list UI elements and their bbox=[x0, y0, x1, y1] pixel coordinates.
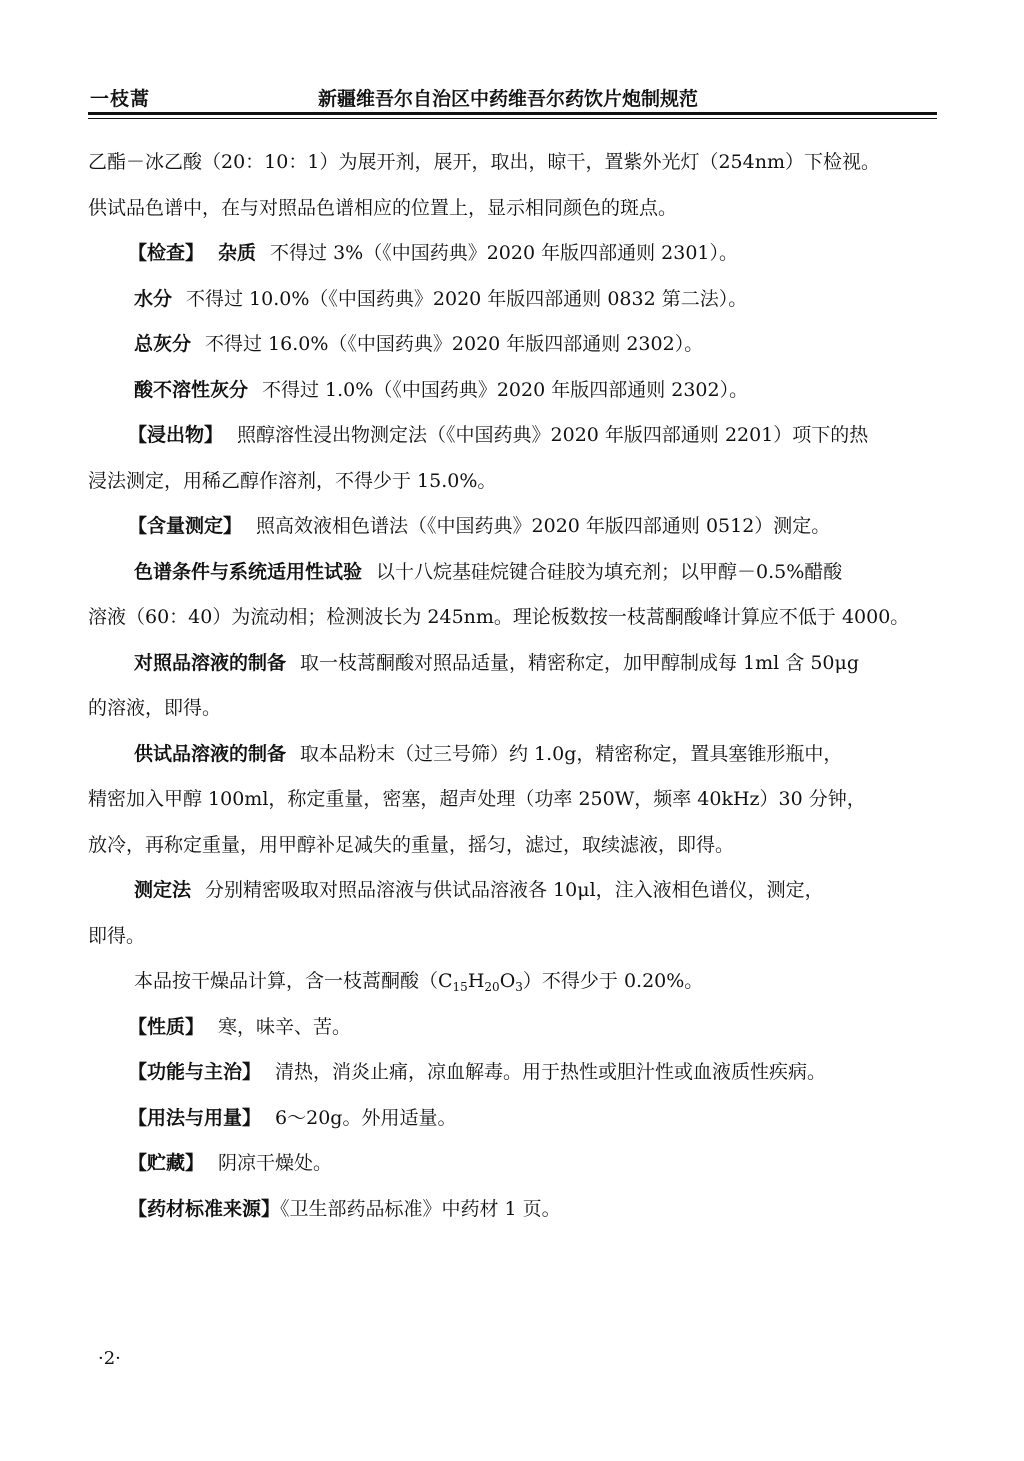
item-text: 取本品粉末（过三号筛）约 1.0g，精密称定，置具塞锥形瓶中， bbox=[300, 743, 842, 765]
paragraph-line: 供试品色谱中，在与对照品色谱相应的位置上，显示相同颜色的斑点。 bbox=[88, 186, 937, 232]
assay-sample-solution: 供试品溶液的制备取本品粉末（过三号筛）约 1.0g，精密称定，置具塞锥形瓶中， bbox=[88, 732, 937, 778]
section-heading: 【性质】 bbox=[128, 1016, 204, 1038]
item-text: 取一枝蒿酮酸对照品适量，精密称定，加甲醇制成每 1ml 含 50μg bbox=[300, 652, 859, 674]
item-text: 6～20g。外用适量。 bbox=[275, 1107, 456, 1129]
section-heading: 【功能与主治】 bbox=[128, 1061, 261, 1083]
check-water: 水分不得过 10.0%（《中国药典》2020 年版四部通则 0832 第二法）。 bbox=[88, 277, 937, 323]
item-text: 分别精密吸取对照品溶液与供试品溶液各 10μl，注入液相色谱仪，测定， bbox=[205, 879, 824, 901]
paragraph-line: 精密加入甲醇 100ml，称定重量，密塞，超声处理（功率 250W，频率 40k… bbox=[88, 777, 937, 823]
content-text: 本品按干燥品计算，含一枝蒿酮酸（C bbox=[134, 970, 453, 992]
section-assay: 【含量测定】照高效液相色谱法（《中国药典》2020 年版四部通则 0512）测定… bbox=[88, 504, 937, 550]
item-label: 色谱条件与系统适用性试验 bbox=[134, 561, 362, 583]
item-text: 照醇溶性浸出物测定法（《中国药典》2020 年版四部通则 2201）项下的热 bbox=[237, 424, 868, 446]
item-text: 照高效液相色谱法（《中国药典》2020 年版四部通则 0512）测定。 bbox=[256, 515, 830, 537]
paragraph-line: 浸法测定，用稀乙醇作溶剂，不得少于 15.0%。 bbox=[88, 459, 937, 505]
section-function: 【功能与主治】清热，消炎止痛，凉血解毒。用于热性或胆汁性或血液质性疾病。 bbox=[88, 1050, 937, 1096]
item-text: 不得过 10.0%（《中国药典》2020 年版四部通则 0832 第二法）。 bbox=[186, 288, 747, 310]
section-heading: 【用法与用量】 bbox=[128, 1107, 261, 1129]
section-heading: 【贮藏】 bbox=[128, 1152, 204, 1174]
section-heading: 【检查】 bbox=[128, 242, 204, 264]
item-label: 水分 bbox=[134, 288, 172, 310]
item-text: 寒，味辛、苦。 bbox=[218, 1016, 351, 1038]
item-text: 《卫生部药品标准》中药材 1 页。 bbox=[280, 1198, 561, 1220]
paragraph-line: 的溶液，即得。 bbox=[88, 686, 937, 732]
item-text: 阴凉干燥处。 bbox=[218, 1152, 332, 1174]
assay-reference-solution: 对照品溶液的制备取一枝蒿酮酸对照品适量，精密称定，加甲醇制成每 1ml 含 50… bbox=[88, 641, 937, 687]
header-herb-name: 一枝蒿 bbox=[90, 84, 150, 111]
item-label: 酸不溶性灰分 bbox=[134, 379, 248, 401]
header-rule-thin bbox=[88, 118, 937, 119]
item-text: 以十八烷基硅烷键合硅胶为填充剂；以甲醇－0.5%醋酸 bbox=[376, 561, 842, 583]
section-extract: 【浸出物】照醇溶性浸出物测定法（《中国药典》2020 年版四部通则 2201）项… bbox=[88, 413, 937, 459]
subscript: 20 bbox=[484, 980, 499, 994]
subscript: 3 bbox=[515, 980, 523, 994]
subscript: 15 bbox=[453, 980, 468, 994]
header-book-title: 新疆维吾尔自治区中药维吾尔药饮片炮制规范 bbox=[318, 84, 698, 111]
item-text: 不得过 1.0%（《中国药典》2020 年版四部通则 2302）。 bbox=[262, 379, 748, 401]
item-text: 清热，消炎止痛，凉血解毒。用于热性或胆汁性或血液质性疾病。 bbox=[275, 1061, 826, 1083]
item-text: 不得过 3%（《中国药典》2020 年版四部通则 2301）。 bbox=[270, 242, 738, 264]
item-label: 测定法 bbox=[134, 879, 191, 901]
header-rule-thick bbox=[88, 112, 937, 115]
item-text: 不得过 16.0%（《中国药典》2020 年版四部通则 2302）。 bbox=[205, 333, 703, 355]
item-label: 总灰分 bbox=[134, 333, 191, 355]
paragraph-line: 溶液（60：40）为流动相；检测波长为 245nm。理论板数按一枝蒿酮酸峰计算应… bbox=[88, 595, 937, 641]
running-header: 一枝蒿 新疆维吾尔自治区中药维吾尔药饮片炮制规范 bbox=[88, 84, 937, 114]
item-label: 杂质 bbox=[218, 242, 256, 264]
section-dosage: 【用法与用量】6～20g。外用适量。 bbox=[88, 1096, 937, 1142]
section-source: 【药材标准来源】《卫生部药品标准》中药材 1 页。 bbox=[88, 1187, 937, 1233]
assay-chromatography: 色谱条件与系统适用性试验以十八烷基硅烷键合硅胶为填充剂；以甲醇－0.5%醋酸 bbox=[88, 550, 937, 596]
page-number: ·2· bbox=[98, 1348, 121, 1369]
paragraph-line: 即得。 bbox=[88, 914, 937, 960]
content-text: H bbox=[468, 970, 485, 992]
check-total-ash: 总灰分不得过 16.0%（《中国药典》2020 年版四部通则 2302）。 bbox=[88, 322, 937, 368]
section-heading: 【浸出物】 bbox=[128, 424, 223, 446]
section-heading: 【药材标准来源】 bbox=[128, 1198, 280, 1220]
assay-content-limit: 本品按干燥品计算，含一枝蒿酮酸（C15H20O3）不得少于 0.20%。 bbox=[88, 959, 937, 1005]
assay-method: 测定法分别精密吸取对照品溶液与供试品溶液各 10μl，注入液相色谱仪，测定， bbox=[88, 868, 937, 914]
paragraph-line: 乙酯－冰乙酸（20：10：1）为展开剂，展开，取出，晾干，置紫外光灯（254nm… bbox=[88, 140, 937, 186]
section-check: 【检查】杂质不得过 3%（《中国药典》2020 年版四部通则 2301）。 bbox=[88, 231, 937, 277]
section-heading: 【含量测定】 bbox=[128, 515, 242, 537]
check-acid-ash: 酸不溶性灰分不得过 1.0%（《中国药典》2020 年版四部通则 2302）。 bbox=[88, 368, 937, 414]
section-storage: 【贮藏】阴凉干燥处。 bbox=[88, 1141, 937, 1187]
page-body: 乙酯－冰乙酸（20：10：1）为展开剂，展开，取出，晾干，置紫外光灯（254nm… bbox=[88, 140, 937, 1232]
paragraph-line: 放冷，再称定重量，用甲醇补足减失的重量，摇匀，滤过，取续滤液，即得。 bbox=[88, 823, 937, 869]
content-text: ）不得少于 0.20%。 bbox=[523, 970, 703, 992]
item-label: 对照品溶液的制备 bbox=[134, 652, 286, 674]
item-label: 供试品溶液的制备 bbox=[134, 743, 286, 765]
content-text: O bbox=[500, 970, 516, 992]
section-nature: 【性质】寒，味辛、苦。 bbox=[88, 1005, 937, 1051]
